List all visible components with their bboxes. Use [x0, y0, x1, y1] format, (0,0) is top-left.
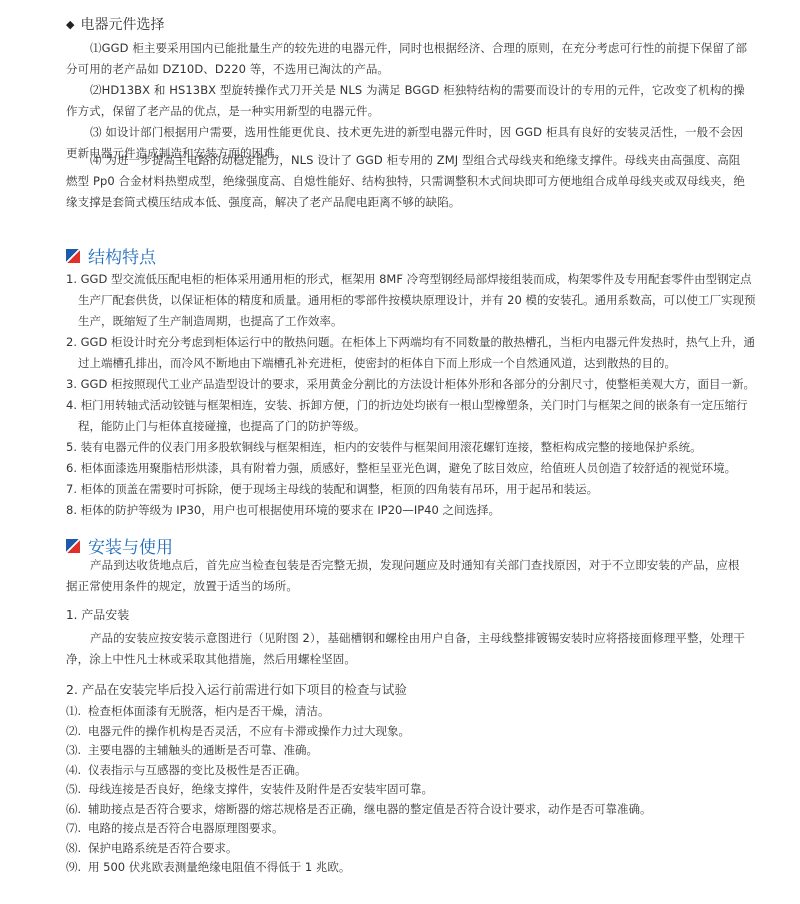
electrical-paragraph-1: ⑴GGD 柜主要采用国内已能批量生产的较先进的电器元件，同时也根据经济、合理的原… [66, 38, 748, 80]
structure-item-7: 7. 柜体的顶盖在需要时可拆除，便于现场主母线的装配和调整，柜顶的四角装有吊环，… [66, 479, 756, 500]
electrical-paragraph-2: ⑵HD13BX 和 HS13BX 型旋转操作式刀开关是 NLS 为满足 BGGD… [66, 80, 748, 122]
electrical-selection-title: 电器元件选择 [80, 14, 164, 34]
check-item: ⑺.电路的接点是否符合电器原理图要求。 [66, 819, 756, 839]
structure-section-title: 结构特点 [66, 243, 156, 268]
structure-list: 1. GGD 型交流低压配电柜的柜体采用通用柜的形式，框架用 8MF 冷弯型钢经… [66, 269, 756, 521]
structure-item-3: 3. GGD 柜按照现代工业产品造型设计的要求，采用黄金分割比的方法设计柜体外形… [66, 374, 756, 395]
check-item: ⑻.保护电路系统是否符合要求。 [66, 839, 756, 859]
check-item: ⑵.电器元件的操作机构是否灵活，不应有卡滞或操作力过大现象。 [66, 722, 756, 742]
product-installation-text: 产品的安装应按安装示意图进行（见附图 2），基础槽钢和螺栓由用户自备，主母线整排… [66, 628, 748, 670]
structure-item-5: 5. 装有电器元件的仪表门用多股软铜线与框架相连，柜内的安装件与框架间用滚花螺钉… [66, 437, 756, 458]
structure-item-6: 6. 柜体面漆选用聚脂桔形烘漆，具有附着力强，质感好，整柜呈亚光色调，避免了眩目… [66, 458, 756, 479]
inspection-subtitle: 2. 产品在安装完毕后投入运行前需进行如下项目的检查与试验 [66, 680, 407, 698]
diamond-icon: ◆ [66, 18, 74, 31]
installation-intro: 产品到达收货地点后，首先应当检查包装是否完整无损，发现问题应及时通知有关部门查找… [66, 555, 748, 597]
structure-title-text: 结构特点 [88, 243, 156, 268]
check-item: ⑹.辅助接点是否符合要求，熔断器的熔芯规格是否正确，继电器的整定值是否符合设计要… [66, 800, 756, 820]
structure-item-8: 8. 柜体的防护等级为 IP30，用户也可根据使用环境的要求在 IP20—IP4… [66, 500, 756, 521]
check-item: ⑸.母线连接是否良好，绝缘支撑件，安装件及附件是否安装牢固可靠。 [66, 780, 756, 800]
section-flag-icon [66, 539, 80, 553]
inspection-checklist: ⑴.检查柜体面漆有无脱落，柜内是否干燥，清洁。 ⑵.电器元件的操作机构是否灵活，… [66, 702, 756, 878]
section-flag-icon [66, 249, 80, 263]
check-item: ⑷.仪表指示与互感器的变比及极性是否正确。 [66, 761, 756, 781]
structure-item-2: 2. GGD 柜设计时充分考虑到柜体运行中的散热问题。在柜体上下两端均有不同数量… [66, 332, 756, 374]
check-item: ⑶.主要电器的主辅触头的通断是否可靠、准确。 [66, 741, 756, 761]
product-installation-subtitle: 1. 产品安装 [66, 606, 129, 623]
electrical-selection-heading: ◆ 电器元件选择 [66, 14, 164, 34]
structure-item-1: 1. GGD 型交流低压配电柜的柜体采用通用柜的形式，框架用 8MF 冷弯型钢经… [66, 269, 756, 332]
check-item: ⑼.用 500 伏兆欧表测量绝缘电阻值不得低于 1 兆欧。 [66, 858, 756, 878]
check-item: ⑴.检查柜体面漆有无脱落，柜内是否干燥，清洁。 [66, 702, 756, 722]
electrical-paragraph-4: ⑷ 为进一步提高主电路的动稳定能力，NLS 设计了 GGD 柜专用的 ZMJ 型… [66, 150, 748, 213]
structure-item-4: 4. 柜门用转轴式活动铰链与框架相连，安装、拆卸方便，门的折边处均嵌有一根山型橡… [66, 395, 756, 437]
